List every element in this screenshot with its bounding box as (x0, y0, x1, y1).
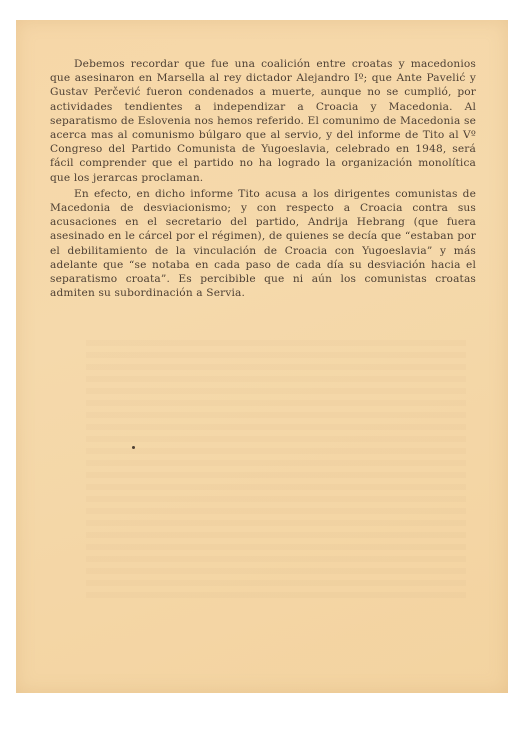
ink-speck (132, 446, 135, 449)
paragraph-2: En efecto, en dicho informe Tito acusa a… (50, 187, 476, 301)
bleed-through-text (86, 340, 466, 600)
scanned-page: Debemos recordar que fue una coalición e… (16, 20, 508, 693)
body-text: Debemos recordar que fue una coalición e… (50, 57, 476, 300)
paragraph-1: Debemos recordar que fue una coalición e… (50, 57, 476, 185)
